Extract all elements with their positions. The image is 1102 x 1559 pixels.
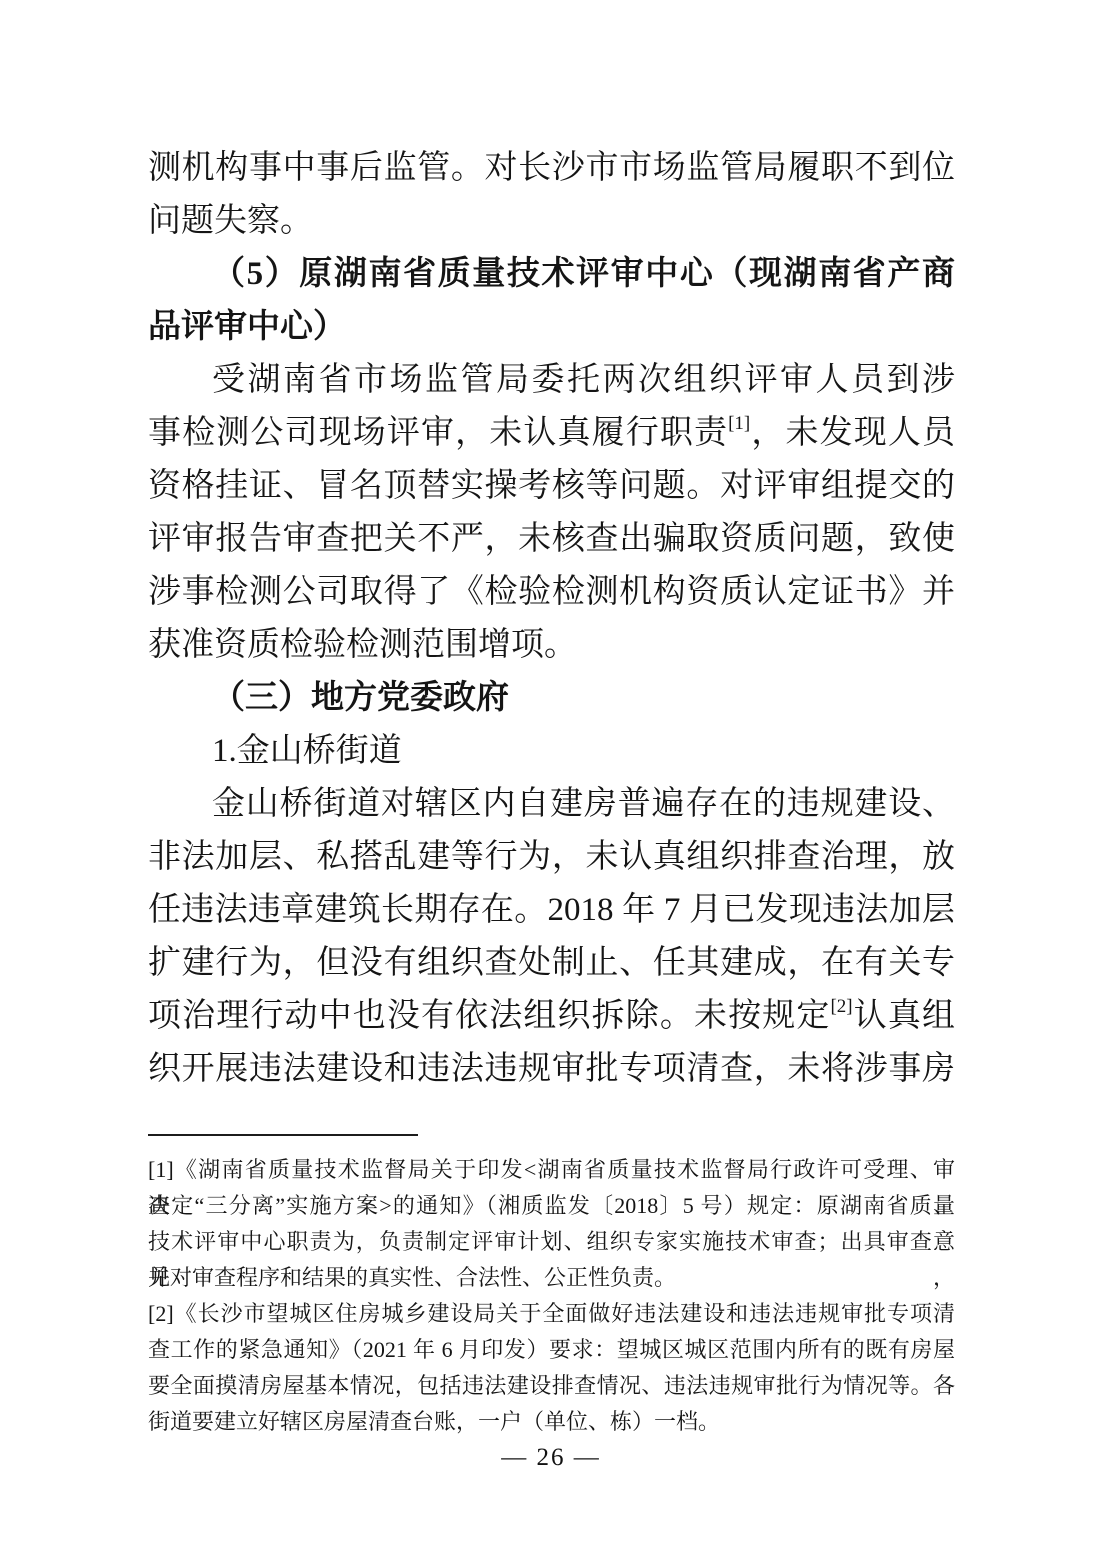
heading-section-5-line-2: 品评审中心） xyxy=(148,301,955,354)
body-text: 测机构事中事后监管。对长沙市市场监管局履职不到位 问题失察。 （5）原湖南省质量… xyxy=(148,142,955,1096)
footnote-1-line-1: [1]《湖南省质量技术监督局关于印发<湖南省质量技术监督局行政许可受理、审查、 xyxy=(148,1152,955,1188)
body-line-6: 事检测公司现场评审，未认真履行职责[1]，未发现人员 xyxy=(148,407,955,460)
body-line-7: 资格挂证、冒名顶替实操考核等问题。对评审组提交的 xyxy=(148,460,955,513)
body-line-17: 项治理行动中也没有依法组织拆除。未按规定[2]认真组 xyxy=(148,990,955,1043)
heading-section-3: （三）地方党委政府 xyxy=(148,672,955,725)
body-line-16: 扩建行为，但没有组织查处制止、任其建成，在有关专 xyxy=(148,937,955,990)
body-line-18: 织开展违法建设和违法违规审批专项清查，未将涉事房 xyxy=(148,1043,955,1096)
body-line-5: 受湖南省市场监管局委托两次组织评审人员到涉 xyxy=(148,354,955,407)
footnote-2-line-1: [2]《长沙市望城区住房城乡建设局关于全面做好违法建设和违法违规审批专项清 xyxy=(148,1296,955,1332)
body-line-6-text-after: ，未发现人员 xyxy=(750,415,955,451)
footnote-ref-1: [1] xyxy=(728,413,750,434)
footnotes: [1]《湖南省质量技术监督局关于印发<湖南省质量技术监督局行政许可受理、审查、 … xyxy=(148,1152,955,1440)
page-number: — 26 — xyxy=(0,1444,1102,1472)
footnote-2-line-4: 街道要建立好辖区房屋清查台账，一户（单位、栋）一档。 xyxy=(148,1404,955,1440)
body-line-1: 测机构事中事后监管。对长沙市市场监管局履职不到位 xyxy=(148,142,955,195)
footnote-1-line-2: 决定“三分离”实施方案>的通知》（湘质监发〔2018〕5 号）规定：原湖南省质量 xyxy=(148,1188,955,1224)
body-line-17-text: 项治理行动中也没有依法组织拆除。未按规定 xyxy=(148,998,830,1034)
body-line-13: 金山桥街道对辖区内自建房普遍存在的违规建设、 xyxy=(148,778,955,831)
footnote-separator xyxy=(148,1134,418,1136)
body-line-15: 任违法违章建筑长期存在。2018 年 7 月已发现违法加层 xyxy=(148,884,955,937)
body-line-14: 非法加层、私搭乱建等行为，未认真组织排查治理，放 xyxy=(148,831,955,884)
body-line-6-text: 事检测公司现场评审，未认真履行职责 xyxy=(148,415,728,451)
footnote-2-line-3: 要全面摸清房屋基本情况，包括违法建设排查情况、违法违规审批行为情况等。各 xyxy=(148,1368,955,1404)
footnote-2-line-2: 查工作的紧急通知》（2021 年 6 月印发）要求：望城区城区范围内所有的既有房… xyxy=(148,1332,955,1368)
body-line-10: 获准资质检验检测范围增项。 xyxy=(148,619,955,672)
body-line-9: 涉事检测公司取得了《检验检测机构资质认定证书》并 xyxy=(148,566,955,619)
body-line-2: 问题失察。 xyxy=(148,195,955,248)
heading-item-1: 1.金山桥街道 xyxy=(148,725,955,778)
footnote-1-line-3: 技术评审中心职责为，负责制定评审计划、组织专家实施技术审查；出具审查意见， xyxy=(148,1224,955,1260)
document-page: 测机构事中事后监管。对长沙市市场监管局履职不到位 问题失察。 （5）原湖南省质量… xyxy=(0,0,1102,1559)
body-line-8: 评审报告审查把关不严，未核查出骗取资质问题，致使 xyxy=(148,513,955,566)
heading-section-5-line-1: （5）原湖南省质量技术评审中心（现湖南省产商 xyxy=(148,248,955,301)
body-line-17-text-after: 认真组 xyxy=(853,998,955,1034)
footnote-ref-2: [2] xyxy=(830,996,852,1017)
